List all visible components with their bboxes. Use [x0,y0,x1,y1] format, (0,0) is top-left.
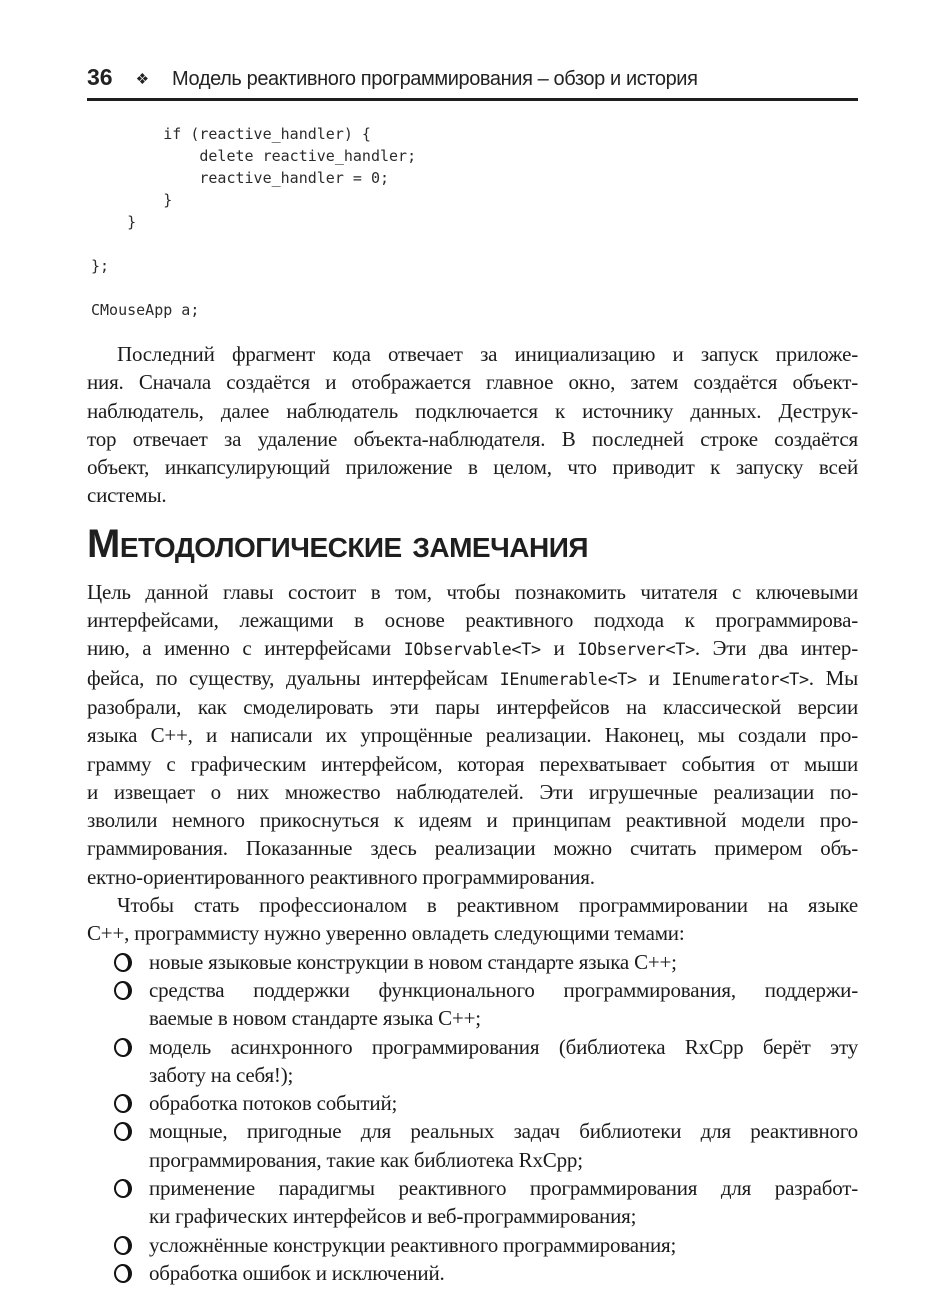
inline-code: IObservable<T> [404,639,541,659]
bullet-list: новые языковые конструкции в новом станд… [87,948,858,1288]
code-block: if (reactive_handler) { delete reactive_… [91,123,858,321]
inline-code: IEnumerable<T> [500,669,637,689]
paragraph-line: граммирования. Показанные здесь реализац… [87,834,858,862]
list-item-text: мощные, пригодные для реальных задач биб… [149,1117,858,1174]
paragraph-line: системы. [87,481,858,509]
code-line [91,233,858,255]
paragraph-line: тор отвечает за удаление объекта-наблюда… [87,425,858,453]
list-item: применение парадигмы реактивного програм… [87,1174,858,1231]
list-item-line: средства поддержки функционального прогр… [149,976,858,1004]
text-segment: и [541,636,577,660]
code-line: } [91,211,858,233]
text-segment: нию, а именно с интерфейсами [87,636,404,660]
list-item: модель асинхронного программирования (би… [87,1033,858,1090]
list-item-text: обработка потоков событий; [149,1089,858,1117]
page-number: 36 [87,64,113,91]
diamond-icon: ❖ [136,70,149,88]
list-item-text: средства поддержки функционального прогр… [149,976,858,1033]
list-item-line: заботу на себя!); [149,1061,858,1089]
circle-bullet-icon [113,952,133,973]
text-segment: . Мы [809,666,858,690]
circle-bullet-icon [113,1122,133,1143]
running-header: 36 ❖ Модель реактивного программирования… [87,64,858,91]
paragraph-line: ния. Сначала создаётся и отображается гл… [87,368,858,396]
text-segment: . Эти два интер- [695,636,858,660]
list-item-line: обработка потоков событий; [149,1089,858,1117]
paragraph-line: фейса, по существу, дуальны интерфейсам … [87,664,858,693]
list-item-line: обработка ошибок и исключений. [149,1259,858,1287]
list-item-text: модель асинхронного программирования (би… [149,1033,858,1090]
circle-bullet-icon [113,1263,133,1284]
paragraph-line: нию, а именно с интерфейсами IObservable… [87,634,858,663]
text-segment: и [637,666,672,690]
code-line [91,277,858,299]
header-rule [87,98,858,101]
list-item-line: ки графических интерфейсов и веб-програм… [149,1202,858,1230]
circle-bullet-icon [113,1037,133,1058]
list-item-line: модель асинхронного программирования (би… [149,1033,858,1061]
paragraph: Цель данной главы состоит в том, чтобы п… [87,578,858,891]
paragraph: Последний фрагмент кода отвечает за иниц… [87,340,858,510]
code-line: if (reactive_handler) { [91,123,858,145]
code-line: } [91,189,858,211]
list-item: мощные, пригодные для реальных задач биб… [87,1117,858,1174]
paragraph: Чтобы стать профессионалом в реактивном … [87,891,858,948]
paragraph-line: языка C++, и написали их упрощённые реал… [87,721,858,749]
list-item-line: мощные, пригодные для реальных задач биб… [149,1117,858,1145]
paragraph-line: Цель данной главы состоит в том, чтобы п… [87,578,858,606]
list-item-line: ваемые в новом стандарте языка C++; [149,1004,858,1032]
book-page: 36 ❖ Модель реактивного программирования… [0,0,945,1299]
list-item-text: обработка ошибок и исключений. [149,1259,858,1287]
list-item-line: программирования, такие как библиотека R… [149,1146,858,1174]
list-item-text: усложнённые конструкции реактивного прог… [149,1231,858,1259]
paragraph-line: грамму с графическим интерфейсом, котора… [87,750,858,778]
list-item-text: новые языковые конструкции в новом станд… [149,948,858,976]
paragraph-line: наблюдатель, далее наблюдатель подключае… [87,397,858,425]
paragraph-line: Последний фрагмент кода отвечает за иниц… [87,340,858,368]
list-item-line: новые языковые конструкции в новом станд… [149,948,858,976]
inline-code: IEnumerator<T> [672,669,809,689]
running-title: Модель реактивного программирования – об… [172,68,697,91]
list-item: усложнённые конструкции реактивного прог… [87,1231,858,1259]
paragraph-line: C++, программисту нужно уверенно овладет… [87,919,858,947]
paragraph-line: ектно-ориентированного реактивного прогр… [87,863,858,891]
list-item-text: применение парадигмы реактивного програм… [149,1174,858,1231]
paragraph-line: и извещает о них множество наблюдателей.… [87,778,858,806]
list-item-line: усложнённые конструкции реактивного прог… [149,1231,858,1259]
text-segment: фейса, по существу, дуальны интерфейсам [87,666,500,690]
section-heading: Методологические замечания [87,520,858,568]
paragraph-line: Чтобы стать профессионалом в реактивном … [87,891,858,919]
list-item: обработка потоков событий; [87,1089,858,1117]
list-item: обработка ошибок и исключений. [87,1259,858,1287]
circle-bullet-icon [113,1235,133,1256]
paragraph-line: зволили немного прикоснуться к идеям и п… [87,806,858,834]
circle-bullet-icon [113,1093,133,1114]
list-item: новые языковые конструкции в новом станд… [87,948,858,976]
circle-bullet-icon [113,980,133,1001]
paragraph-line: объект, инкапсулирующий приложение в цел… [87,453,858,481]
code-line: }; [91,255,858,277]
paragraph-line: интерфейсами, лежащими в основе реактивн… [87,606,858,634]
inline-code: IObserver<T> [577,639,695,659]
code-line: delete reactive_handler; [91,145,858,167]
circle-bullet-icon [113,1178,133,1199]
code-line: reactive_handler = 0; [91,167,858,189]
code-line: CMouseApp a; [91,299,858,321]
list-item-line: применение парадигмы реактивного програм… [149,1174,858,1202]
paragraph-line: разобрали, как смоделировать эти пары ин… [87,693,858,721]
list-item: средства поддержки функционального прогр… [87,976,858,1033]
